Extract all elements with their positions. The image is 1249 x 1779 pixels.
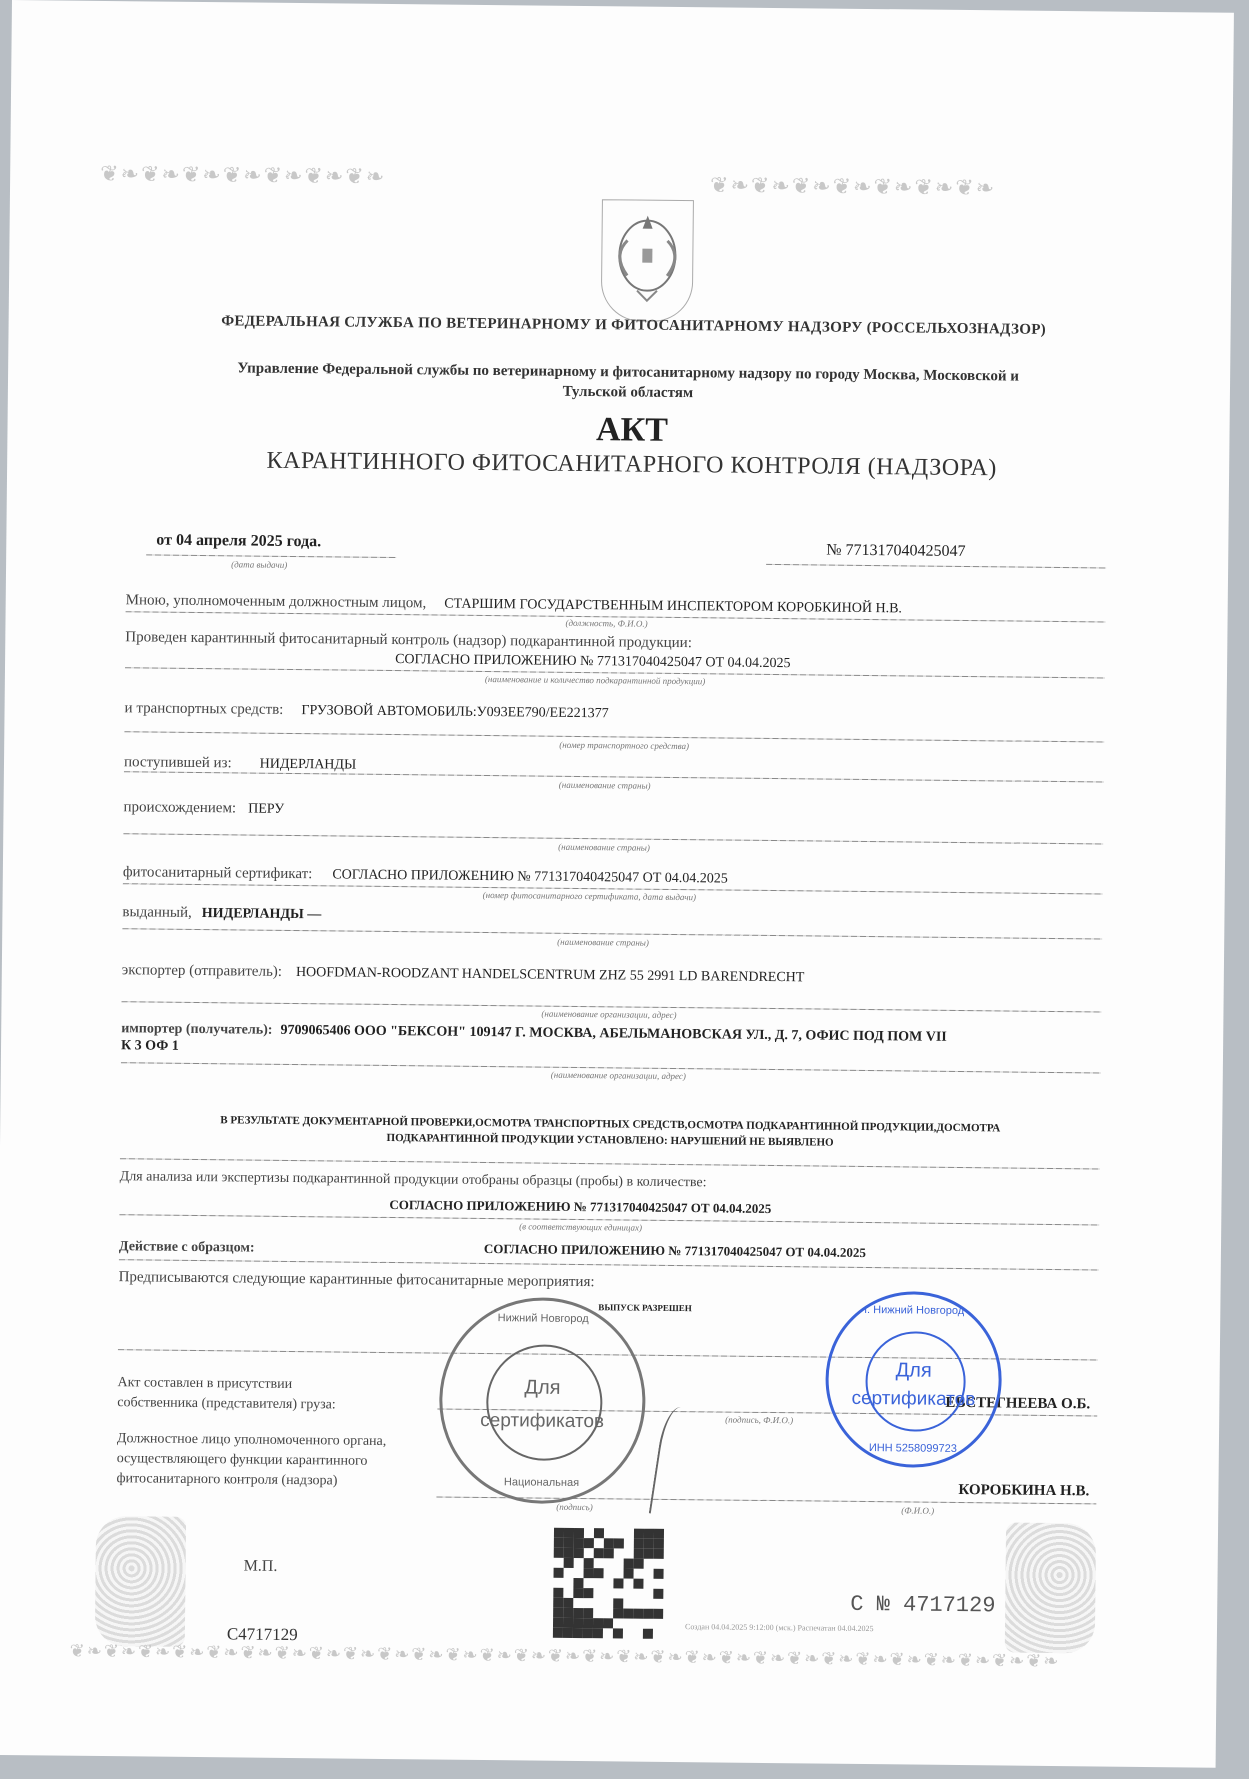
- sample-action-label: Действие с образцом:: [119, 1239, 255, 1256]
- ornament-corner-left: [95, 1516, 186, 1647]
- from-label: поступившей из:: [124, 754, 232, 771]
- control-caption: (наименование и количество подкарантинно…: [485, 674, 705, 686]
- act-number: № 771317040425047: [826, 542, 965, 561]
- exporter-caption: (наименование организации, адрес): [541, 1009, 676, 1020]
- importer-caption: (наименование организации, адрес): [551, 1070, 686, 1081]
- importer-value-line-2: К 3 ОФ 1: [121, 1038, 179, 1055]
- company-stamp-right: г. Нижний Новгород Для сертификатов ИНН …: [825, 1291, 1003, 1469]
- ornament-border-bottom: ❦❧❦❧❦❧❦❧❦❧❦❧❦❧❦❧❦❧❦❧❦❧❦❧❦❧❦❧❦❧❦❧❦❧❦❧❦❧❦❧…: [70, 1641, 1100, 1673]
- inspector-value: СТАРШИМ ГОСУДАРСТВЕННЫМ ИНСПЕКТОРОМ КОРО…: [444, 597, 902, 617]
- transport-label: и транспортных средств:: [125, 700, 284, 718]
- owner-label: Акт составлен в присутствии собственника…: [117, 1373, 336, 1415]
- sample-action-value: СОГЛАСНО ПРИЛОЖЕНИЮ № 771317040425047 ОТ…: [484, 1241, 866, 1261]
- qr-code: [553, 1528, 664, 1639]
- exporter-value: HOOFDMAN-ROODZANT HANDELSCENTRUM ZHZ 55 …: [296, 965, 805, 985]
- exporter-row: экспортер (отправитель): HOOFDMAN-ROODZA…: [122, 961, 805, 986]
- transport-row: и транспортных средств: ГРУЗОВОЙ АВТОМОБ…: [124, 699, 608, 722]
- stamp-center-text: Для: [829, 1358, 999, 1383]
- cert-value: СОГЛАСНО ПРИЛОЖЕНИЮ № 771317040425047 ОТ…: [332, 867, 728, 886]
- samples-value: СОГЛАСНО ПРИЛОЖЕНИЮ № 771317040425047 ОТ…: [389, 1197, 771, 1217]
- from-value: НИДЕРЛАНДЫ: [260, 757, 357, 773]
- measures-label: Предписываются следующие карантинные фит…: [119, 1269, 595, 1291]
- russian-coat-of-arms-icon: [601, 199, 694, 322]
- control-label: Проведен карантинный фитосанитарный конт…: [125, 629, 692, 652]
- owner-label-line-2: собственника (представителя) груза:: [117, 1393, 336, 1415]
- ornament-corner-right: [1005, 1522, 1096, 1653]
- measures-value: ВЫПУСК РАЗРЕШЕН: [598, 1302, 692, 1313]
- from-caption: (наименование страны): [559, 780, 651, 791]
- created-timestamp: Создан 04.04.2025 9:12:00 (мск.) Распеча…: [685, 1622, 874, 1633]
- transport-caption: (номер транспортного средства): [559, 740, 689, 751]
- stamp-inn-text: ИНН 5258099723: [828, 1441, 998, 1455]
- owner-label-line-1: Акт составлен в присутствии: [117, 1373, 336, 1395]
- official-name: КОРОБКИНА Н.В.: [958, 1482, 1089, 1500]
- importer-value-line-1: 9709065406 ООО "БЕКСОН" 109147 Г. МОСКВА…: [280, 1023, 946, 1045]
- stamp-ring-text-bottom: Национальная: [441, 1476, 641, 1490]
- inspection-result: В РЕЗУЛЬТАТЕ ДОКУМЕНТАРНОЙ ПРОВЕРКИ,ОСМО…: [140, 1111, 1080, 1153]
- official-sign-caption: (подпись): [556, 1502, 593, 1512]
- importer-label: импортер (получатель):: [121, 1021, 272, 1038]
- ornament-border-top-right: ❦❧❦❧❦❧❦❧❦❧❦❧❦❧: [710, 172, 1110, 202]
- department-name: Управление Федеральной службы по ветерин…: [128, 357, 1128, 407]
- official-name-caption: (Ф.И.О.): [901, 1505, 934, 1515]
- issued-label: выданный,: [122, 904, 192, 921]
- ornament-border-top-left: ❦❧❦❧❦❧❦❧❦❧❦❧❦❧: [100, 161, 520, 191]
- issued-caption: (наименование страны): [557, 937, 649, 948]
- control-value: СОГЛАСНО ПРИЛОЖЕНИЮ № 771317040425047 ОТ…: [395, 652, 791, 672]
- inspector-caption: (должность, Ф.И.О.): [565, 618, 647, 629]
- cert-label: фитосанитарный сертификат:: [123, 864, 313, 882]
- stamp-inner-ring: [486, 1344, 603, 1461]
- samples-label: Для анализа или экспертизы подкарантинно…: [120, 1169, 707, 1191]
- handwritten-signature: [649, 1405, 707, 1520]
- stamp-center-text-2: сертификатов: [828, 1387, 998, 1411]
- serial-number-right: С № 4717129: [850, 1592, 995, 1619]
- cert-caption: (номер фитосанитарного сертификата, дата…: [483, 890, 697, 902]
- company-stamp-left: Нижний Новгород Для сертификатов Национа…: [438, 1297, 646, 1505]
- transport-value: ГРУЗОВОЙ АВТОМОБИЛЬ:У093ЕЕ790/ЕЕ221377: [301, 703, 608, 721]
- seal-place-label: М.П.: [244, 1558, 278, 1576]
- owner-caption: (подпись, Ф.И.О.): [725, 1415, 793, 1426]
- date-caption: (дата выдачи): [231, 559, 287, 570]
- issued-value: НИДЕРЛАНДЫ —: [202, 906, 322, 922]
- act-date: от 04 апреля 2025 года.: [156, 532, 321, 552]
- stamp-center-text-2: сертификатов: [442, 1410, 642, 1434]
- stamp-center-text: Для: [442, 1376, 642, 1401]
- document-page: ❦❧❦❧❦❧❦❧❦❧❦❧❦❧ ❦❧❦❧❦❧❦❧❦❧❦❧❦❧ ФЕДЕРАЛЬНА…: [0, 0, 1234, 1768]
- official-label: Должностное лицо уполномоченного органа,…: [116, 1429, 386, 1492]
- from-row: поступившей из: НИДЕРЛАНДЫ: [124, 753, 356, 773]
- issued-row: выданный, НИДЕРЛАНДЫ —: [122, 903, 321, 923]
- origin-caption: (наименование страны): [558, 842, 650, 853]
- importer-row: импортер (получатель): 9709065406 ООО "Б…: [121, 1019, 947, 1046]
- official-label-line-3: фитосанитарного контроля (надзора): [116, 1469, 386, 1492]
- stamp-ring-text: г. Нижний Новгород: [829, 1304, 999, 1318]
- exporter-label: экспортер (отправитель):: [122, 962, 282, 980]
- samples-caption: (в соответствующих единицах): [519, 1221, 642, 1232]
- origin-value: ПЕРУ: [248, 802, 284, 817]
- origin-label: происхождением:: [123, 799, 236, 816]
- stamp-ring-text: Нижний Новгород: [443, 1312, 643, 1326]
- inspector-label: Мною, уполномоченным должностным лицом,: [126, 592, 427, 611]
- origin-row: происхождением: ПЕРУ: [123, 798, 284, 818]
- official-label-line-1: Должностное лицо уполномоченного органа,: [117, 1429, 387, 1452]
- agency-name: ФЕДЕРАЛЬНАЯ СЛУЖБА ПО ВЕТЕРИНАРНОМУ И ФИ…: [159, 313, 1109, 340]
- official-label-line-2: осуществляющего функции карантинного: [117, 1449, 387, 1472]
